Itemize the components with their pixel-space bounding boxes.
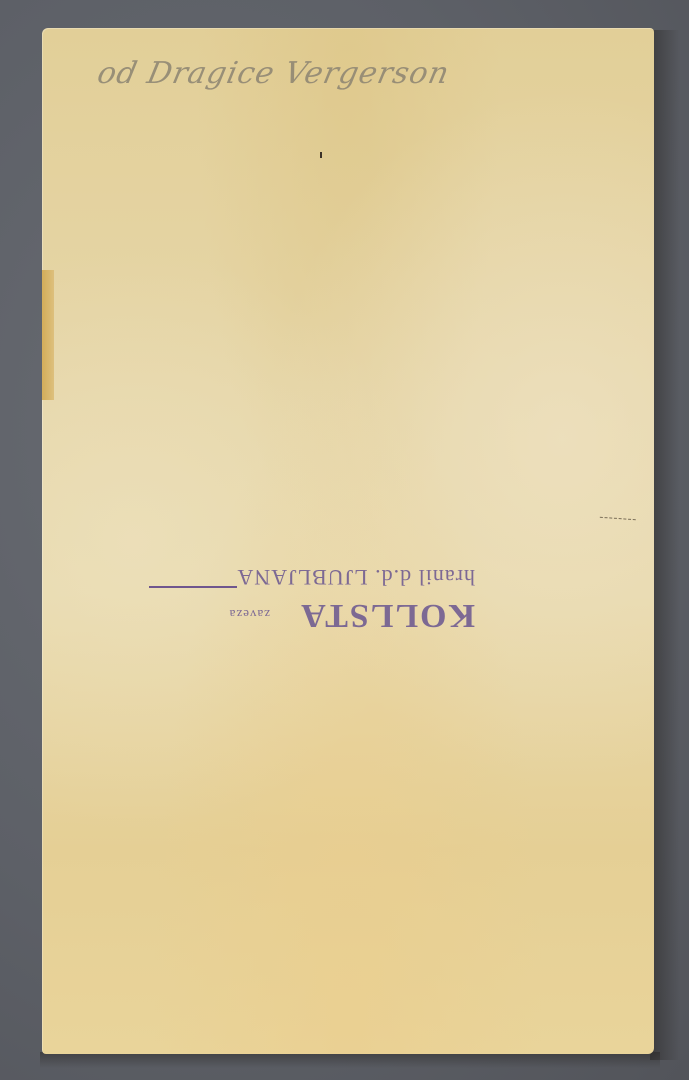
card-edge-stain: [42, 270, 54, 400]
pencil-inscription: od Dragice Vergerson: [94, 56, 453, 91]
ink-speck: [320, 152, 322, 158]
stamp-line-1: KOLLSTA: [299, 596, 475, 634]
stamp-rule: [149, 586, 237, 588]
ink-stamp: KOLLSTA zaveza hranil d.d. LJUBLJANA: [140, 528, 475, 638]
stamp-line-2: hranil d.d. LJUBLJANA: [236, 564, 475, 590]
stamp-line-1-small: zaveza: [229, 606, 270, 622]
card-shadow-right: [650, 30, 680, 1060]
card-shadow-bottom: [40, 1052, 660, 1068]
